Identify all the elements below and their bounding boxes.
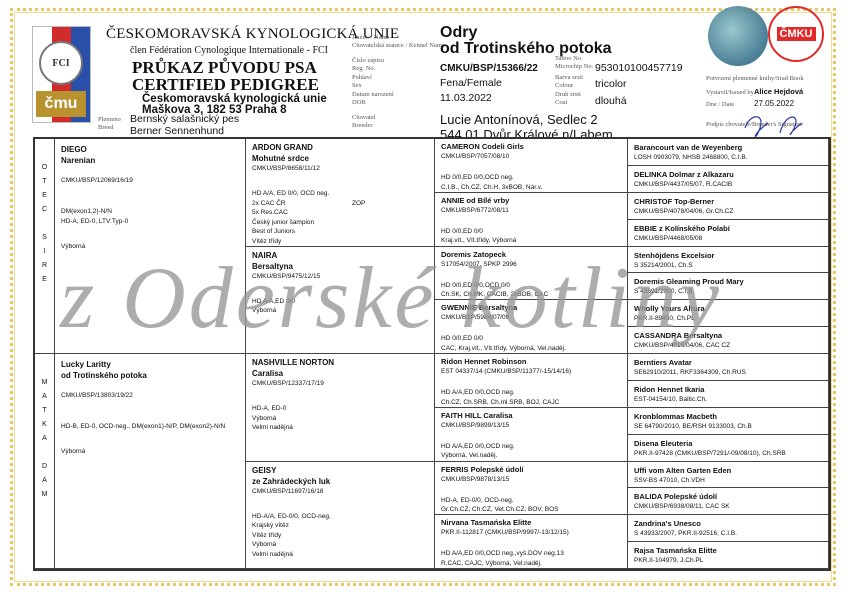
- great-grandparent: GWENNIE BersaltynaCMKU/BSP/5984/07/09 HD…: [435, 300, 628, 354]
- grandparent-name: Bersaltyna: [252, 261, 428, 272]
- ggp-info: PKR.II-97428 (CMKU/BSP/7291/-09/08/10), …: [634, 449, 822, 459]
- grandparent-info: 2x CAC ČRZOP: [252, 199, 428, 209]
- great-grandparent-reg: CMKU/BSP/9878/13/15: [441, 475, 621, 485]
- parent-sire: DIEGONarenianCMKU/BSP/12069/16/19 DM(exo…: [55, 139, 246, 354]
- cmu-logo-icon: čmu: [36, 91, 86, 117]
- ggp-name: EBBIE z Kolínského Polabí: [634, 224, 822, 234]
- cmku-fci-logo: FCI čmu: [32, 26, 91, 123]
- great-great-grandparent: EBBIE z Kolínského PolabíCMKU/BSP/4468/0…: [628, 220, 829, 247]
- issue-date: 27.05.2022: [754, 99, 794, 108]
- grandparent-name: Mohutné srdce: [252, 153, 428, 164]
- grandparent-info: 5x Res.CAC: [252, 208, 428, 218]
- breed-label: PlemenoBreed: [98, 116, 121, 132]
- spacer: [441, 164, 621, 174]
- great-grandparent-info: C.I.B., Ch.CZ, Ch.H, 3xBOB, Nár.v.: [441, 183, 621, 193]
- spacer: [61, 413, 239, 423]
- ggp-info: CMKU/BSP/4078/04/06, Gr.Ch.CZ: [634, 207, 822, 217]
- ggp-name: DELINKA Dolmar z Alkazaru: [634, 170, 822, 180]
- dob: 11.03.2022: [440, 92, 492, 104]
- microchip-label: Tattoo No.Microchip No.: [555, 55, 593, 71]
- grandparent-info: Výborná: [252, 306, 428, 316]
- great-grandparent-name: CAMERON Codeli Girls: [441, 142, 621, 152]
- spacer: [441, 540, 621, 550]
- great-grandparent-info: HD-A, ED-0/0, OCD-neg.: [441, 496, 621, 506]
- great-grandparent-reg: CMKU/BSP/7057/08/10: [441, 152, 621, 162]
- great-great-grandparent: Disena EleuteriaPKR.II-97428 (CMKU/BSP/7…: [628, 435, 829, 462]
- title-en: CERTIFIED PEDIGREE: [132, 75, 319, 95]
- great-great-grandparent: BALIDA Polepské údolíCMKU/BSP/6938/08/11…: [628, 488, 829, 515]
- grandparent-info: HD-A/A, ED-0/0, OCD-neg.: [252, 512, 428, 522]
- coat-label: Druh srstiCoat: [555, 91, 581, 107]
- parent-name: od Trotinského potoka: [61, 370, 239, 381]
- grandparent-info: HD A/A,ED 0/0: [252, 297, 428, 307]
- ggp-name: Uffi vom Alten Garten Eden: [634, 466, 822, 476]
- parent-note: Výborná: [61, 242, 239, 252]
- spacer: [441, 271, 621, 281]
- side-label-dam: MATKA DAM: [35, 354, 55, 569]
- ggp-name: Ridon Hennet Ikaria: [634, 385, 822, 395]
- great-grandparent-reg: CMKU/BSP/6772/08/11: [441, 206, 621, 216]
- ggp-info: PKR.II-104979, J.Ch.PL: [634, 556, 822, 566]
- spacer: [61, 198, 239, 208]
- hologram-seal-icon: [708, 6, 768, 66]
- spacer: [441, 486, 621, 496]
- ggp-info: SE 64790/2010, BE/RSH 9133003, Ch.B: [634, 422, 822, 432]
- parent-health: HD-B, ED-0, OCD-neg., DM(exon1)-N/P, DM(…: [61, 422, 239, 432]
- great-grandparent-name: Nirvana Tasmańska Elitte: [441, 518, 621, 528]
- microchip: 953010100457719: [595, 62, 683, 74]
- grandparent-info: Krajský vítěz: [252, 521, 428, 531]
- parent-name: Narenian: [61, 155, 239, 166]
- ggp-name: BALIDA Polepské údolí: [634, 492, 822, 502]
- great-grandparent: Nirvana Tasmańska ElittePKR.II-112817 (C…: [435, 515, 628, 569]
- ggp-name: Rajsa Tasmańska Elitte: [634, 546, 822, 556]
- great-grandparent-info: HD 0/0,ED 0/0: [441, 334, 621, 344]
- signature-icon: [740, 108, 810, 138]
- date-label: Dne / Date: [706, 101, 734, 109]
- side-label-sire: OTEC SIRE: [35, 139, 55, 354]
- great-great-grandparent: Stenhöjdens ExcelsiorS 35214/2001, Ch.S: [628, 247, 829, 274]
- great-grandparent-info: HD A/A,ED 0/0,OCD neg.: [441, 442, 621, 452]
- great-grandparent-info: Ch.SK, Ch.MK, CACIB, 2xBOB, CAC: [441, 290, 621, 300]
- breeder-line-1: Lucie Antonínová, Sedlec 2: [440, 112, 598, 127]
- grandparent-reg: CMKU/BSP/11697/16/18: [252, 487, 428, 497]
- great-grandparent-info: HD 0/0,ED 0/0,OCD neg.: [441, 173, 621, 183]
- great-grandparent: FAITH HILL CaralisaCMKU/BSP/9899/13/15 H…: [435, 408, 628, 462]
- spacer: [252, 502, 428, 512]
- grandparent-reg: CMKU/BSP/8658/11/12: [252, 164, 428, 174]
- great-grandparent: ANNIE od Bílé vrbyCMKU/BSP/6772/08/11 HD…: [435, 193, 628, 247]
- great-grandparent-info: HD 0/0,ED 0/0: [441, 227, 621, 237]
- sex-label: PohlavíSex: [352, 74, 372, 90]
- grandparent: GEISYze Zahrádeckých lukCMKU/BSP/11697/1…: [246, 462, 435, 570]
- ggp-info: LOSH 0903079, NHSB 2468800, C.I.B.: [634, 153, 822, 163]
- ggp-info: SE62910/2011, RKF3364309, Ch.RUS: [634, 368, 822, 378]
- spacer: [252, 180, 428, 190]
- spacer: [252, 287, 428, 297]
- issued-by: Alice Hejdová: [754, 87, 803, 96]
- grandparent-info: Best of Juniors: [252, 227, 428, 237]
- grandparent-info: Vítěz třídy: [252, 237, 428, 247]
- great-grandparent-info: R.CAC, CAJC, Výborná, Vel.naděj.: [441, 559, 621, 569]
- great-grandparent: Ridon Hennet RobinsonEST 04337/14 (CMKU/…: [435, 354, 628, 408]
- great-grandparent-reg: EST 04337/14 (CMKU/BSP/11377/-15/14/16): [441, 367, 621, 377]
- grandparent-name: NAIRA: [252, 250, 428, 261]
- great-grandparent: Doremis ZatopeckS17054/2007, SPKP 2996 H…: [435, 247, 628, 301]
- grandparent-name: NASHVILLE NORTON: [252, 357, 428, 368]
- great-grandparent-info: HD A/A,ED 0/0,OCD neg.,vyš.DOV neg.13: [441, 549, 621, 559]
- great-great-grandparent: Zandrina's UnescoS 43933/2007, PKR.II-92…: [628, 515, 829, 542]
- great-grandparent-reg: CMKU/BSP/5984/07/09: [441, 313, 621, 323]
- ggp-name: Kronblommas Macbeth: [634, 412, 822, 422]
- great-grandparent-info: Výborná, Vel.naděj.: [441, 451, 621, 461]
- dob-label: Datum narozeníDOB: [352, 91, 394, 107]
- ggp-name: Wholly Yours Altura: [634, 304, 822, 314]
- great-great-grandparent: Wholly Yours AlturaPKR.II-89450, Ch.PL: [628, 300, 829, 327]
- grandparent: NAIRABersaltynaCMKU/BSP/9475/12/15 HD A/…: [246, 247, 435, 355]
- great-grandparent: CAMERON Codeli GirlsCMKU/BSP/7057/08/10 …: [435, 139, 628, 193]
- coat: dlouhá: [595, 95, 627, 107]
- great-great-grandparent: CHRISTOF Top-BernerCMKU/BSP/4078/04/06, …: [628, 193, 829, 220]
- ggp-name: CASSANDRA Bersaltyna: [634, 331, 822, 341]
- ggp-info: CMKU/BSP/4437/05/07, R.CACIB: [634, 180, 822, 190]
- ggp-name: Berntiers Avatar: [634, 358, 822, 368]
- colour: tricolor: [595, 78, 627, 90]
- ggp-name: Zandrina's Unesco: [634, 519, 822, 529]
- sex: Fena/Female: [440, 77, 502, 89]
- parent-health: HD-A, ED-0, LTV:Typ-0: [61, 217, 239, 227]
- name-label: Jméno / NameChovatelská stanice / Kennel…: [352, 34, 445, 50]
- breed-cz: Bernský salašnický pes: [130, 113, 239, 125]
- ggp-info: EST-04154/10, Baltic.Ch.: [634, 395, 822, 405]
- grandparent-info: HD A/A, ED 0/0, OCD neg.: [252, 189, 428, 199]
- grandparent-info: HD-A, ED-0: [252, 404, 428, 414]
- colour-label: Barva srstiColour: [555, 74, 583, 90]
- grandparent-name: Caralisa: [252, 368, 428, 379]
- grandparent-info: Vítěz třídy: [252, 531, 428, 541]
- great-grandparent-reg: CMKU/BSP/9899/13/15: [441, 421, 621, 431]
- great-grandparent-reg: S17054/2007, SPKP 2996: [441, 260, 621, 270]
- great-grandparent-info: Gr.Ch.CZ, Ch.CZ, Vet.Ch.CZ, BOV, BOS: [441, 505, 621, 515]
- great-grandparent-reg: PKR.II-112817 (CMKU/BSP/9997/-13/12/15): [441, 528, 621, 538]
- grandparent-reg: CMKU/BSP/9475/12/15: [252, 272, 428, 282]
- great-grandparent-name: Ridon Hennet Robinson: [441, 357, 621, 367]
- spacer: [441, 325, 621, 335]
- great-grandparent-name: Doremis Zatopeck: [441, 250, 621, 260]
- breed-en: Berner Sennenhund: [130, 125, 224, 137]
- great-grandparent-name: FAITH HILL Caralisa: [441, 411, 621, 421]
- grandparent: ARDON GRANDMohutné srdceCMKU/BSP/8658/11…: [246, 139, 435, 247]
- grandparent-info: Velmi nadějná: [252, 423, 428, 433]
- grandparent-info: Výborná: [252, 540, 428, 550]
- ggp-info: S 43691/2000, C.I.B.: [634, 287, 822, 297]
- grandparent-info: Velmi nadějná: [252, 550, 428, 560]
- parent-name: Lucky Laritty: [61, 359, 239, 370]
- pedigree-table: OTEC SIREMATKA DAMDIEGONarenianCMKU/BSP/…: [33, 137, 831, 571]
- ggp-name: Stenhöjdens Excelsior: [634, 251, 822, 261]
- great-great-grandparent: DELINKA Dolmar z AlkazaruCMKU/BSP/4437/0…: [628, 166, 829, 193]
- great-grandparent-name: FERRIS Polepské údolí: [441, 465, 621, 475]
- spacer: [441, 217, 621, 227]
- parent-health: DM(exon1,2)-N/N: [61, 207, 239, 217]
- parent-name: DIEGO: [61, 144, 239, 155]
- parent-note: Výborná: [61, 447, 239, 457]
- stud-book-label: Potvrzení plemenné knihy/Stud Book: [706, 75, 804, 83]
- great-great-grandparent: Kronblommas MacbethSE 64790/2010, BE/RSH…: [628, 408, 829, 435]
- spacer: [441, 379, 621, 389]
- great-great-grandparent: Rajsa Tasmańska ElittePKR.II-104979, J.C…: [628, 542, 829, 569]
- grandparent-reg: CMKU/BSP/12337/17/19: [252, 379, 428, 389]
- great-great-grandparent: Berntiers AvatarSE62910/2011, RKF3364309…: [628, 354, 829, 381]
- ggp-info: S 35214/2001, Ch.S: [634, 261, 822, 271]
- ggp-name: CHRISTOF Top-Berner: [634, 197, 822, 207]
- breeder-label: ChovatelBreeder: [352, 114, 375, 130]
- parent-reg: CMKU/BSP/13803/19/22: [61, 391, 239, 401]
- ggp-name: Doremis Gleaming Proud Mary: [634, 277, 822, 287]
- spacer: [61, 438, 239, 448]
- ggp-info: CMKU/BSP/6938/08/11, CAC SK: [634, 502, 822, 512]
- great-great-grandparent: Uffi vom Alten Garten EdenSSV-BS 47010, …: [628, 462, 829, 489]
- ggp-info: PKR.II-89450, Ch.PL: [634, 314, 822, 324]
- spacer: [61, 232, 239, 242]
- ggp-info: CMKU/BSP/4468/05/08: [634, 234, 822, 244]
- grandparent-name: GEISY: [252, 465, 428, 476]
- parent-dam: Lucky Larittyod Trotinského potokaCMKU/B…: [55, 354, 246, 569]
- ggp-name: Barancourt van de Weyenberg: [634, 143, 822, 153]
- ggp-info: S 43933/2007, PKR.II-92516, C.I.B.: [634, 529, 822, 539]
- great-grandparent-info: HD A/A,ED 0/0,OCD neg.: [441, 388, 621, 398]
- spacer: [441, 432, 621, 442]
- fci-globe-icon: FCI: [39, 41, 83, 85]
- org-member: člen Fédération Cynologique Internationa…: [130, 45, 328, 56]
- ggp-name: Disena Eleuteria: [634, 439, 822, 449]
- great-great-grandparent: Barancourt van de WeyenbergLOSH 0903079,…: [628, 139, 829, 166]
- issued-label: Vystavil/Issued by: [706, 89, 754, 97]
- grandparent-name: ARDON GRAND: [252, 142, 428, 153]
- studbook-stamp-icon: ČMKU: [768, 6, 824, 62]
- great-great-grandparent: Ridon Hennet IkariaEST-04154/10, Baltic.…: [628, 381, 829, 408]
- great-grandparent-info: Kraj.vít., Vít.třídy, Výborná: [441, 236, 621, 246]
- great-grandparent-name: GWENNIE Bersaltyna: [441, 303, 621, 313]
- spacer: [252, 395, 428, 405]
- ggp-info: CMKU/BSP/4016/04/06, CAC CZ: [634, 341, 822, 351]
- great-grandparent-info: CAC, Kraj.vít., Vít.třídy, Výborná, Vel.…: [441, 344, 621, 354]
- grandparent-info: Výborná: [252, 414, 428, 424]
- great-grandparent-info: Ch.CZ, Ch.SRB, Ch.ml.SRB, BOJ, CAJC: [441, 398, 621, 408]
- parent-reg: CMKU/BSP/12069/16/19: [61, 176, 239, 186]
- great-grandparent-info: HD 0/0,ED 0/0,OCD 0/0: [441, 281, 621, 291]
- great-grandparent-name: ANNIE od Bílé vrby: [441, 196, 621, 206]
- great-great-grandparent: CASSANDRA BersaltynaCMKU/BSP/4016/04/06,…: [628, 327, 829, 354]
- great-great-grandparent: Doremis Gleaming Proud MaryS 43691/2000,…: [628, 273, 829, 300]
- grandparent-info: Český junior šampion: [252, 218, 428, 228]
- grandparent-name: ze Zahrádeckých luk: [252, 476, 428, 487]
- grandparent-extra: ZOP: [352, 199, 365, 209]
- ggp-info: SSV-BS 47010, Ch.VDH: [634, 476, 822, 486]
- reg-no: CMKU/BSP/15366/22: [440, 63, 538, 74]
- reg-label: Číslo zápisuReg. No.: [352, 57, 384, 73]
- great-grandparent: FERRIS Polepské údolíCMKU/BSP/9878/13/15…: [435, 462, 628, 516]
- grandparent: NASHVILLE NORTONCaralisaCMKU/BSP/12337/1…: [246, 354, 435, 462]
